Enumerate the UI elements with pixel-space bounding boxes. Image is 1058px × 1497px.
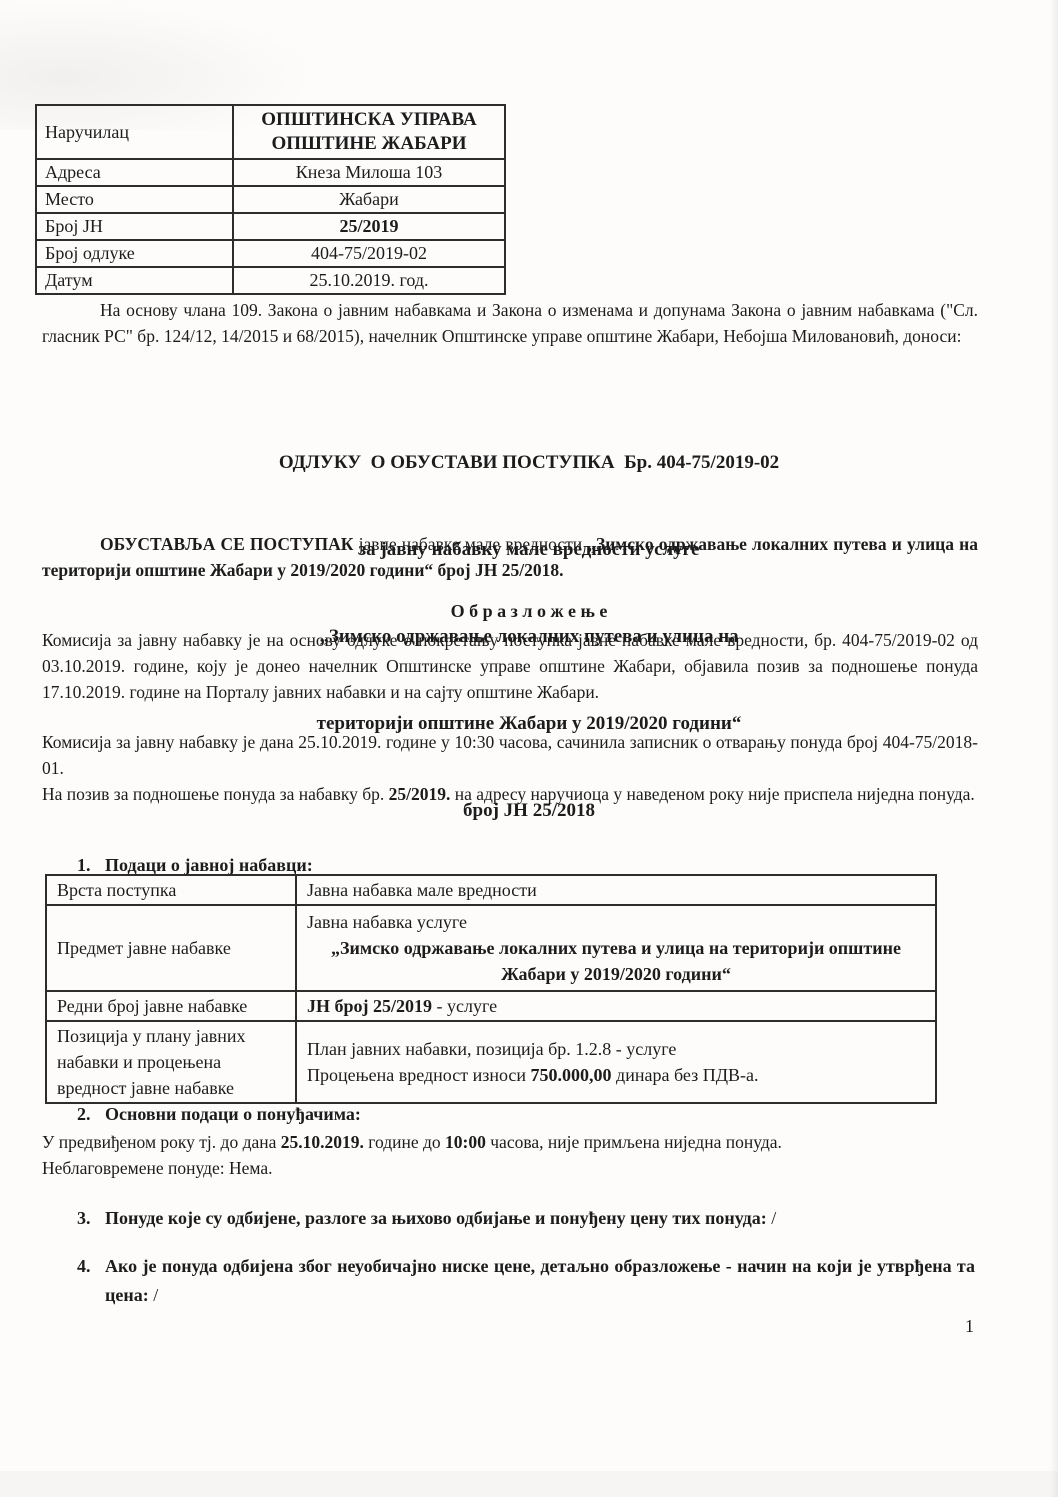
table-row: Број одлуке 404-75/2019-02 [36, 240, 505, 267]
value-adresa: Кнеза Милоша 103 [233, 159, 505, 186]
redni-broj-regular: - услуге [432, 996, 497, 1016]
pozicija-line1: План јавних набавки, позиција бр. 1.2.8 … [307, 1036, 925, 1062]
redni-broj-bold: ЈН број 25/2019 [307, 996, 432, 1016]
table-row: Број ЈН 25/2019 [36, 213, 505, 240]
section4-text: Ако је понуда одбијена због неуобичајно … [105, 1252, 975, 1310]
label-datum: Датум [36, 267, 233, 294]
s2-bold-date: 25.10.2019. [281, 1132, 364, 1152]
table-row: Редни број јавне набавке ЈН број 25/2019… [46, 991, 936, 1021]
label-broj-jn: Број ЈН [36, 213, 233, 240]
table-row: Предмет јавне набавке Јавна набавка услу… [46, 905, 936, 991]
table-row: Наручилац ОПШТИНСКА УПРАВА ОПШТИНЕ ЖАБАР… [36, 105, 505, 159]
section1-heading: 1.Подаци о јавној набавци: [77, 855, 313, 876]
predmet-subject-bold: „Зимско одржавање локалних путева и улиц… [307, 935, 925, 987]
s2-bold-time: 10:00 [445, 1132, 486, 1152]
intro-paragraph: На основу члана 109. Закона о јавним наб… [42, 297, 978, 349]
section3-text: Понуде које су одбијене, разлоге за њихо… [105, 1204, 975, 1233]
procenjena-regular-1: Процењена вредност износи [307, 1065, 531, 1085]
predmet-line1: Јавна набавка услуге [307, 909, 925, 935]
scan-shadow-bottom [0, 1471, 1058, 1497]
explanation-paragraph-2: Комисија за јавну набавку је дана 25.10.… [42, 729, 978, 781]
table-row: Адреса Кнеза Милоша 103 [36, 159, 505, 186]
section1-title: Подаци о јавној набавци: [105, 855, 313, 875]
procurement-data-table: Врста поступка Јавна набавка мале вредно… [45, 874, 937, 1104]
section1-number: 1. [77, 855, 105, 876]
p3-regular-2: на адресу наручиоца у наведеном року ниј… [450, 784, 974, 804]
table-row: Позиција у плану јавних набавки и процењ… [46, 1021, 936, 1103]
suspension-paragraph: ОБУСТАВЉА СЕ ПОСТУПАК јавне набавке мале… [42, 531, 978, 583]
section4-heading: 4. Ако је понуда одбијена због неуобичај… [77, 1252, 975, 1310]
table-row: Датум 25.10.2019. год. [36, 267, 505, 294]
value-broj-jn: 25/2019 [233, 213, 505, 240]
explanation-paragraph-1: Комисија за јавну набавку је на основу о… [42, 627, 978, 705]
label-pozicija: Позиција у плану јавних набавки и процењ… [46, 1021, 296, 1103]
section4-title: Ако је понуда одбијена због неуобичајно … [105, 1256, 975, 1305]
value-redni-broj: ЈН број 25/2019 - услуге [296, 991, 936, 1021]
p3-regular-1: На позив за подношење понуда за набавку … [42, 784, 389, 804]
value-mesto: Жабари [233, 186, 505, 213]
section2-body: У предвиђеном року тј. до дана 25.10.201… [42, 1129, 978, 1181]
table-row: Врста поступка Јавна набавка мале вредно… [46, 875, 936, 905]
authority-name-line2: ОПШТИНЕ ЖАБАРИ [242, 132, 496, 156]
value-narucilac: ОПШТИНСКА УПРАВА ОПШТИНЕ ЖАБАРИ [233, 105, 505, 159]
section2-line1: У предвиђеном року тј. до дана 25.10.201… [42, 1129, 978, 1155]
label-narucilac: Наручилац [36, 105, 233, 159]
label-redni-broj: Редни број јавне набавке [46, 991, 296, 1021]
p3-bold-number: 25/2019. [389, 784, 451, 804]
section2-number: 2. [77, 1104, 105, 1125]
value-pozicija: План јавних набавки, позиција бр. 1.2.8 … [296, 1021, 936, 1103]
s2-regular-1: У предвиђеном року тј. до дана [42, 1132, 281, 1152]
decision-title-line1: ОДЛУКУ О ОБУСТАВИ ПОСТУПКА Бр. 404-75/20… [0, 448, 1058, 477]
value-broj-odluke: 404-75/2019-02 [233, 240, 505, 267]
explanation-paragraph-3: На позив за подношење понуда за набавку … [42, 781, 978, 807]
scanned-document-page: Наручилац ОПШТИНСКА УПРАВА ОПШТИНЕ ЖАБАР… [0, 0, 1058, 1497]
section3-heading: 3. Понуде које су одбијене, разлоге за њ… [77, 1204, 975, 1233]
label-predmet: Предмет јавне набавке [46, 905, 296, 991]
pozicija-line2: Процењена вредност износи 750.000,00 дин… [307, 1062, 925, 1088]
value-datum: 25.10.2019. год. [233, 267, 505, 294]
s2-regular-3: часова, није примљена ниједна понуда. [486, 1132, 782, 1152]
section2-heading: 2.Основни подаци о понуђачима: [77, 1104, 361, 1125]
label-mesto: Место [36, 186, 233, 213]
value-vrsta-postupka: Јавна набавка мале вредности [296, 875, 936, 905]
section3-value: / [771, 1208, 776, 1228]
section4-value: / [153, 1285, 158, 1305]
page-number: 1 [965, 1316, 974, 1337]
procenjena-bold-amount: 750.000,00 [531, 1065, 612, 1085]
value-predmet: Јавна набавка услуге „Зимско одржавање л… [296, 905, 936, 991]
section4-number: 4. [77, 1252, 105, 1310]
suspension-regular: јавне набавке мале вредности [353, 534, 587, 554]
procenjena-regular-2: динара без ПДВ-а. [612, 1065, 759, 1085]
contracting-authority-table: Наручилац ОПШТИНСКА УПРАВА ОПШТИНЕ ЖАБАР… [35, 104, 506, 295]
table-row: Место Жабари [36, 186, 505, 213]
section2-title: Основни подаци о понуђачима: [105, 1104, 361, 1124]
authority-name-line1: ОПШТИНСКА УПРАВА [242, 108, 496, 132]
section3-title: Понуде које су одбијене, разлоге за њихо… [105, 1208, 771, 1228]
label-adresa: Адреса [36, 159, 233, 186]
section3-number: 3. [77, 1204, 105, 1233]
explanation-heading: О б р а з л о ж е њ е [0, 601, 1058, 622]
label-broj-odluke: Број одлуке [36, 240, 233, 267]
section2-line2: Неблаговремене понуде: Нема. [42, 1155, 978, 1181]
suspension-bold-lead: ОБУСТАВЉА СЕ ПОСТУПАК [100, 534, 353, 554]
s2-regular-2: године до [364, 1132, 445, 1152]
label-vrsta-postupka: Врста поступка [46, 875, 296, 905]
